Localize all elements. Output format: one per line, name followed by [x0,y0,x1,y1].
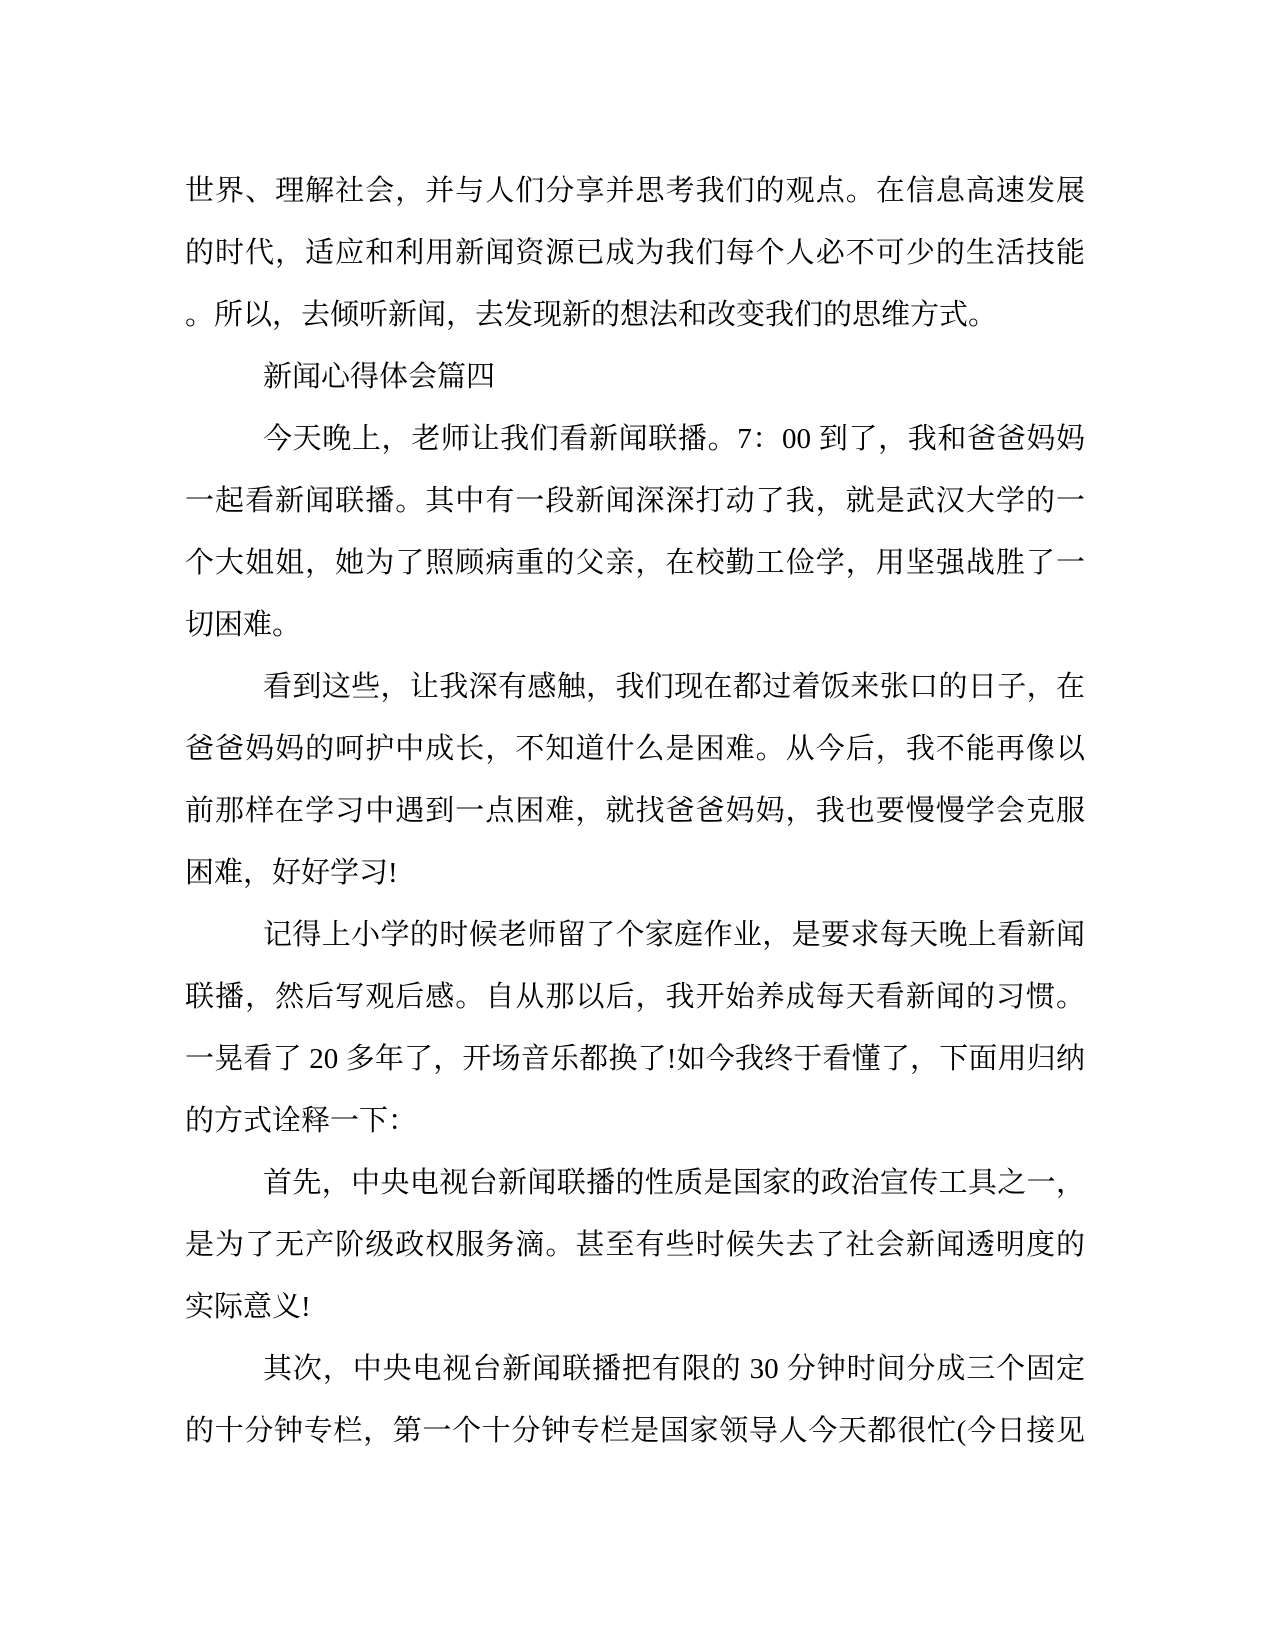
text-line-3: 。所以，去倾听新闻，去发现新的想法和改变我们的思维方式。 [185,284,1085,346]
text-line-14: 联播，然后写观后感。自从那以后，我开始养成每天看新闻的习惯。 [185,966,1085,1028]
document-body: 世界、理解社会，并与人们分享并思考我们的观点。在信息高速发展的时代，适应和利用新… [185,160,1085,1462]
text-line-9: 看到这些，让我深有感触，我们现在都过着饭来张口的日子，在 [185,656,1085,718]
text-line-15: 一晃看了 20 多年了，开场音乐都换了!如今我终于看懂了，下面用归纳 [185,1028,1085,1090]
text-line-21: 的十分钟专栏，第一个十分钟专栏是国家领导人今天都很忙(今日接见 [185,1400,1085,1462]
text-line-16: 的方式诠释一下： [185,1090,1085,1152]
text-line-17: 首先，中央电视台新闻联播的性质是国家的政治宣传工具之一， [185,1152,1085,1214]
text-line-11: 前那样在学习中遇到一点困难，就找爸爸妈妈，我也要慢慢学会克服 [185,780,1085,842]
text-line-12: 困难，好好学习! [185,842,1085,904]
text-line-7: 个大姐姐，她为了照顾病重的父亲，在校勤工俭学，用坚强战胜了一 [185,532,1085,594]
text-line-2: 的时代，适应和利用新闻资源已成为我们每个人必不可少的生活技能 [185,222,1085,284]
text-line-4: 新闻心得体会篇四 [185,346,1085,408]
text-line-19: 实际意义! [185,1276,1085,1338]
text-line-18: 是为了无产阶级政权服务滴。甚至有些时候失去了社会新闻透明度的 [185,1214,1085,1276]
document-page: 世界、理解社会，并与人们分享并思考我们的观点。在信息高速发展的时代，适应和利用新… [0,0,1275,1650]
text-line-10: 爸爸妈妈的呵护中成长，不知道什么是困难。从今后，我不能再像以 [185,718,1085,780]
text-line-5: 今天晚上，老师让我们看新闻联播。7：00 到了，我和爸爸妈妈 [185,408,1085,470]
text-line-20: 其次，中央电视台新闻联播把有限的 30 分钟时间分成三个固定 [185,1338,1085,1400]
text-line-13: 记得上小学的时候老师留了个家庭作业，是要求每天晚上看新闻 [185,904,1085,966]
text-line-1: 世界、理解社会，并与人们分享并思考我们的观点。在信息高速发展 [185,160,1085,222]
text-line-8: 切困难。 [185,594,1085,656]
text-line-6: 一起看新闻联播。其中有一段新闻深深打动了我，就是武汉大学的一 [185,470,1085,532]
